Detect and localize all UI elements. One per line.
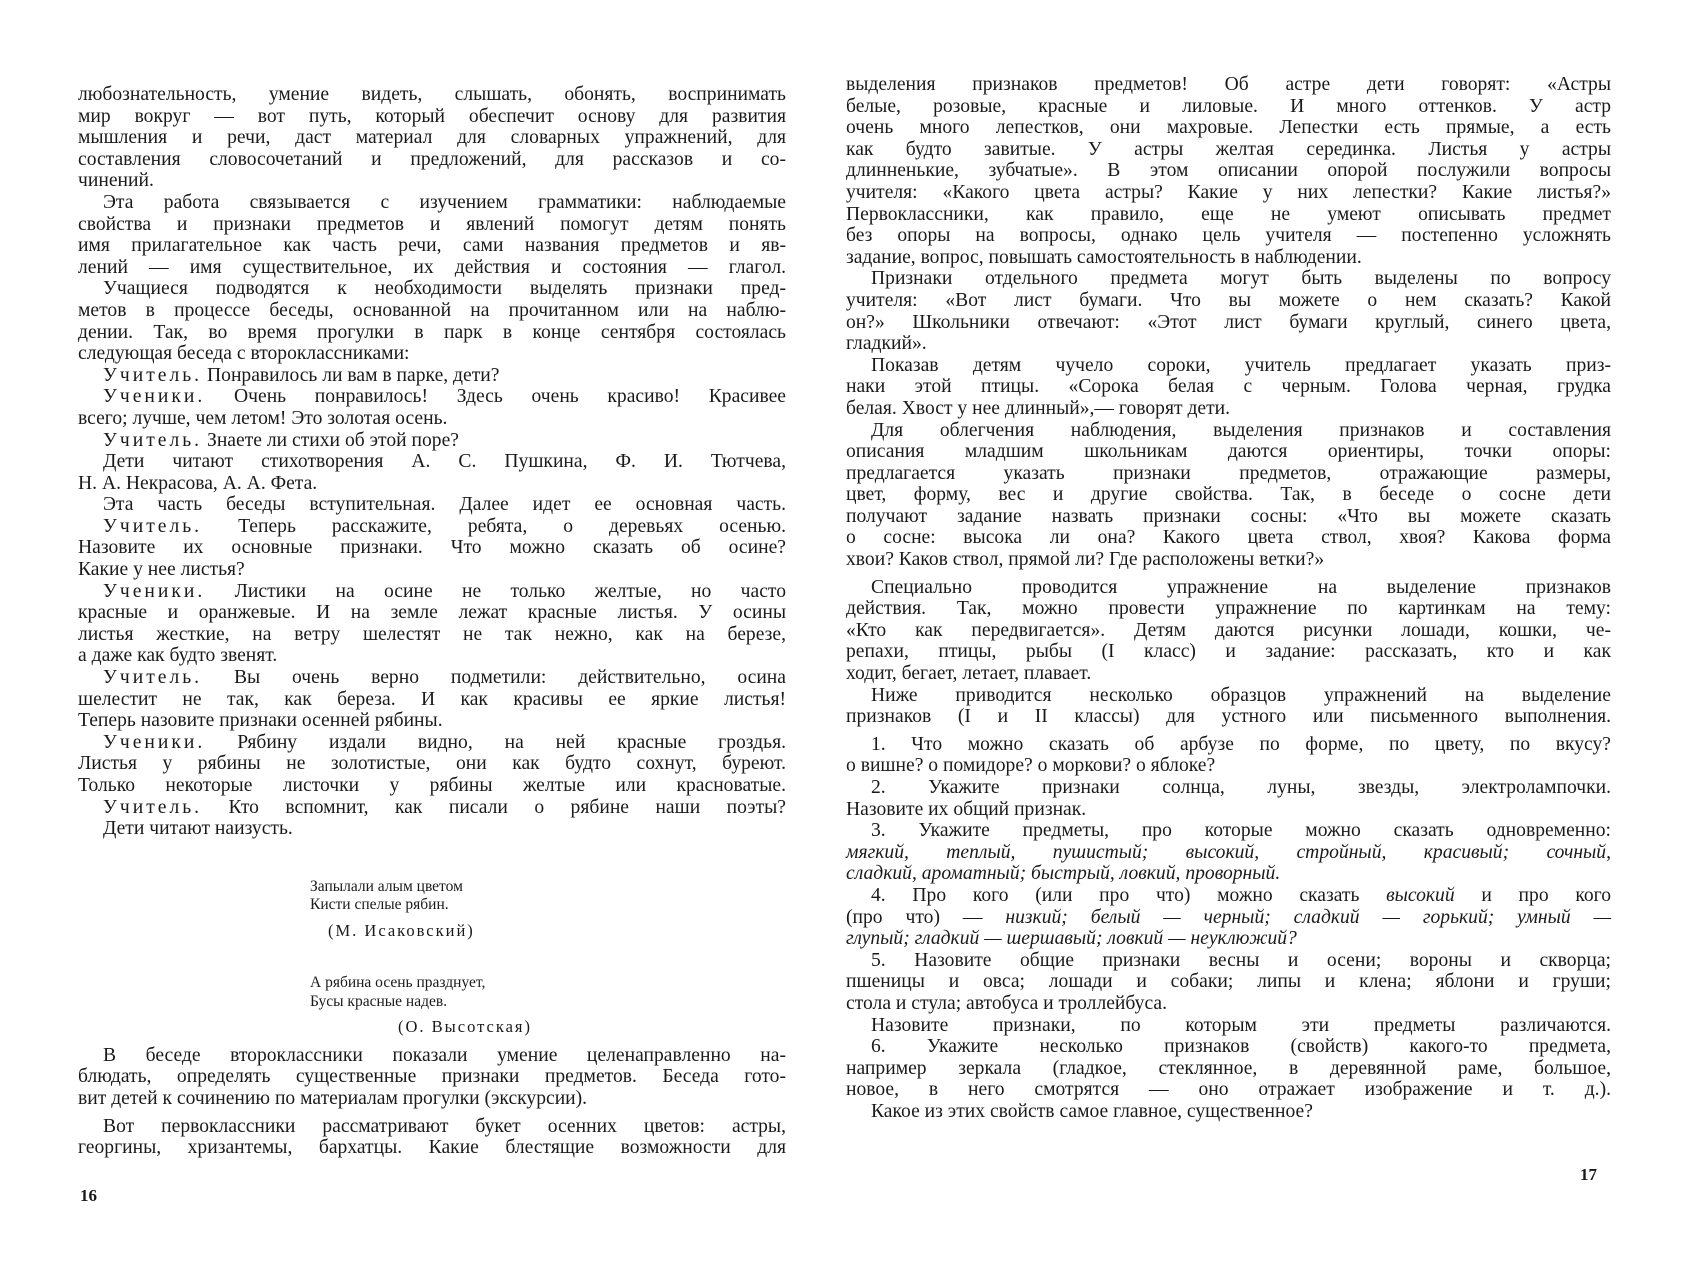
- page-number-right: 17: [1580, 1165, 1597, 1185]
- text-run: (про что) —: [846, 907, 1005, 928]
- text-line: Назовите их общий признак.: [846, 799, 1611, 821]
- text-line: стола и стула; автобуса и троллейбуса.: [846, 993, 1611, 1015]
- poem-line: Кисти спелые рябин.: [310, 896, 786, 915]
- text-line: гладкий».: [846, 333, 1611, 355]
- paragraph-start: В беседе второклассники показали умение …: [78, 1045, 786, 1067]
- text-line: хвои? Каков ствол, прямой ли? Где распол…: [846, 549, 1611, 571]
- text-line: а даже как будто звенят.: [78, 645, 786, 667]
- text-line: очень много лепестков, они махровые. Леп…: [846, 117, 1611, 139]
- poem-author: (М. Исаковский): [328, 922, 786, 941]
- exercise-item-4: 4. Про кого (или про что) можно сказать …: [846, 885, 1611, 907]
- text-line: Назовите их основные признаки. Что можно…: [78, 537, 786, 559]
- paragraph-start: Эта работа связывается с изучением грамм…: [78, 192, 786, 214]
- text-line: мир вокруг — вот путь, который обеспечит…: [78, 106, 786, 128]
- italic-word-list: низкий; белый — черный; сладкий — горьки…: [1005, 907, 1611, 928]
- text-line: метов в процессе беседы, основанной на п…: [78, 300, 786, 322]
- text-line: без опоры на вопросы, однако цель учител…: [846, 225, 1611, 247]
- text-line: Только некоторые листочки у рябины желты…: [78, 775, 786, 797]
- text-line: белые, розовые, красные и лиловые. И мно…: [846, 96, 1611, 118]
- text-line: предлагается указать признаки предметов,…: [846, 463, 1611, 485]
- text-line: учителя: «Какого цвета астры? Какие у ни…: [846, 182, 1611, 204]
- dialogue-text: Очень понравилось! Здесь очень красиво! …: [234, 386, 786, 407]
- text-line: наки этой птицы. «Сорока белая с черным.…: [846, 376, 1611, 398]
- speaker-label: Учитель.: [103, 516, 202, 537]
- speaker-label: Ученики.: [103, 386, 205, 407]
- exercise-item-3: 3. Укажите предметы, про которые можно с…: [846, 820, 1611, 842]
- text-line: описания младшим школьникам даются ориен…: [846, 441, 1611, 463]
- exercise-item-2: 2. Укажите признаки солнца, луны, звезды…: [846, 777, 1611, 799]
- speaker-label: Учитель.: [103, 797, 202, 818]
- paragraph-start: Специально проводится упражнение на выде…: [846, 577, 1611, 599]
- exercise-item-5: 5. Назовите общие признаки весны и осени…: [846, 950, 1611, 972]
- exercise-item-6: 6. Укажите несколько признаков (свойств)…: [846, 1036, 1611, 1058]
- dialogue-text: Рябину издали видно, на ней красные гроз…: [237, 732, 786, 753]
- text-line: Листья у рябины не золотистые, они как б…: [78, 753, 786, 775]
- text-line: признаков (I и II классы) для устного ил…: [846, 706, 1611, 728]
- text-line: дении. Так, во время прогулки в парк в к…: [78, 322, 786, 344]
- text-line: белая. Хвост у нее длинный»,— говорят де…: [846, 398, 1611, 420]
- text-line: Первоклассники, как правило, еще не умею…: [846, 204, 1611, 226]
- paragraph-start: Эта часть беседы вступительная. Далее ид…: [78, 494, 786, 516]
- text-line: например зеркала (гладкое, стеклянное, в…: [846, 1058, 1611, 1080]
- text-line: имя прилагательное как часть речи, сами …: [78, 235, 786, 257]
- paragraph-start: Учащиеся подводятся к необходимости выде…: [78, 278, 786, 300]
- text-line: «Кто как передвигается». Детям даются ри…: [846, 620, 1611, 642]
- text-line: георгины, хризантемы, бархатцы. Какие бл…: [78, 1137, 786, 1159]
- dialogue-line: Учитель. Кто вспомнит, как писали о ряби…: [78, 797, 786, 819]
- dialogue-text: Вы очень верно подметили: действительно,…: [234, 667, 786, 688]
- text-line: любознательность, умение видеть, слышать…: [78, 84, 786, 106]
- text-line: выделения признаков предметов! Об астре …: [846, 74, 1611, 96]
- paragraph-start: Ниже приводится несколько образцов упраж…: [846, 685, 1611, 707]
- italic-word-list: мягкий, теплый, пушистый; высокий, строй…: [846, 842, 1611, 864]
- text-line: о сосне: высока ли она? Какого цвета ств…: [846, 527, 1611, 549]
- poem-line: Запылали алым цветом: [310, 878, 786, 897]
- paragraph-start: Признаки отдельного предмета могут быть …: [846, 268, 1611, 290]
- page-number-left: 16: [80, 1186, 97, 1206]
- text-line: новое, в него смотрятся — оно отражает и…: [846, 1079, 1611, 1101]
- text-line: лений — имя существительное, их действия…: [78, 257, 786, 279]
- text-line: цвет, форму, вес и другие свойства. Так,…: [846, 484, 1611, 506]
- speaker-label: Учитель.: [103, 365, 202, 386]
- text-line: Какие у нее листья?: [78, 559, 786, 581]
- text-line: красные и оранжевые. И на земле лежат кр…: [78, 602, 786, 624]
- dialogue-line: Учитель. Понравилось ли вам в парке, дет…: [78, 365, 786, 387]
- speaker-label: Ученики.: [103, 732, 205, 753]
- italic-word: высокий: [1386, 885, 1455, 906]
- text-line: о вишне? о помидоре? о моркови? о яблоке…: [846, 755, 1611, 777]
- text-run: и про кого: [1455, 885, 1611, 906]
- paragraph-start: Вот первоклассники рассматривают букет о…: [78, 1116, 786, 1138]
- text-line: свойства и признаки предметов и явлений …: [78, 214, 786, 236]
- text-line: как будто завитые. У астры желтая середи…: [846, 139, 1611, 161]
- text-line: шелестит не так, как береза. И как краси…: [78, 689, 786, 711]
- text-line: Теперь назовите признаки осенней рябины.: [78, 710, 786, 732]
- paragraph-start: Назовите признаки, по которым эти предме…: [846, 1015, 1611, 1037]
- speaker-label: Ученики.: [103, 581, 205, 602]
- text-line: следующая беседа с второклассниками:: [78, 343, 786, 365]
- speaker-label: Учитель.: [103, 430, 202, 451]
- text-line: учителя: «Вот лист бумаги. Что вы можете…: [846, 290, 1611, 312]
- text-line: длинненькие, зубчатые». В этом описании …: [846, 160, 1611, 182]
- poem-quote-vysotskaya: А рябина осень празднует, Бусы красные н…: [310, 974, 786, 1037]
- italic-word-list: сладкий, ароматный; быстрый, ловкий, про…: [846, 863, 1611, 885]
- speaker-label: Учитель.: [103, 667, 202, 688]
- text-line: мышления и речи, даст материал для слова…: [78, 127, 786, 149]
- poem-author: (О. Высотская): [398, 1018, 786, 1037]
- dialogue-text: Листики на осине не только желтые, но ча…: [235, 581, 786, 602]
- poem-line: Бусы красные надев.: [310, 993, 786, 1012]
- text-line: ходит, бегает, летает, плавает.: [846, 663, 1611, 685]
- paragraph-start: Дети читают стихотворения А. С. Пушкина,…: [78, 451, 786, 473]
- text-line: пшеницы и овса; лошади и собаки; липы и …: [846, 971, 1611, 993]
- text-line: (про что) — низкий; белый — черный; слад…: [846, 907, 1611, 929]
- text-line: составления словосочетаний и предложений…: [78, 149, 786, 171]
- text-line: чинений.: [78, 170, 786, 192]
- italic-word-list: глупый; гладкий — шершавый; ловкий — неу…: [846, 928, 1611, 950]
- exercise-item-1: 1. Что можно сказать об арбузе по форме,…: [846, 734, 1611, 756]
- dialogue-line: Учитель. Вы очень верно подметили: дейст…: [78, 667, 786, 689]
- paragraph-start: Для облегчения наблюдения, выделения при…: [846, 420, 1611, 442]
- dialogue-text: Знаете ли стихи об этой поре?: [207, 430, 459, 451]
- text-line: блюдать, определять существенные признак…: [78, 1066, 786, 1088]
- paragraph-start: Какое из этих свойств самое главное, сущ…: [846, 1101, 1611, 1123]
- text-line: действия. Так, можно провести упражнение…: [846, 598, 1611, 620]
- poem-line: А рябина осень празднует,: [310, 974, 786, 993]
- dialogue-text: Понравилось ли вам в парке, дети?: [207, 365, 499, 386]
- text-line: листья жесткие, на ветру шелестят не так…: [78, 624, 786, 646]
- right-page: выделения признаков предметов! Об астре …: [846, 74, 1611, 1123]
- dialogue-line: Ученики. Рябину издали видно, на ней кра…: [78, 732, 786, 754]
- text-line: он?» Школьники отвечают: «Этот лист бума…: [846, 312, 1611, 334]
- poem-quote-isakovsky: Запылали алым цветом Кисти спелые рябин.…: [310, 878, 786, 941]
- left-page: любознательность, умение видеть, слышать…: [78, 84, 786, 1159]
- paragraph-start: Показав детям чучело сороки, учитель пре…: [846, 355, 1611, 377]
- text-line: всего; лучше, чем летом! Это золотая осе…: [78, 408, 786, 430]
- paragraph-start: Дети читают наизусть.: [78, 818, 786, 840]
- text-run: 4. Про кого (или про что) можно сказать: [871, 885, 1386, 906]
- text-line: репахи, птицы, рыбы (I класс) и задание:…: [846, 641, 1611, 663]
- dialogue-line: Учитель. Теперь расскажите, ребята, о де…: [78, 516, 786, 538]
- text-line: задание, вопрос, повышать самостоятельно…: [846, 247, 1611, 269]
- text-line: вит детей к сочинению по материалам прог…: [78, 1088, 786, 1110]
- dialogue-text: Теперь расскажите, ребята, о деревьях ос…: [238, 516, 786, 537]
- dialogue-line: Ученики. Листики на осине не только желт…: [78, 581, 786, 603]
- dialogue-line: Ученики. Очень понравилось! Здесь очень …: [78, 386, 786, 408]
- text-line: получают задание назвать признаки сосны:…: [846, 506, 1611, 528]
- dialogue-line: Учитель. Знаете ли стихи об этой поре?: [78, 430, 786, 452]
- dialogue-text: Кто вспомнит, как писали о рябине наши п…: [229, 797, 786, 818]
- text-line: Н. А. Некрасова, А. А. Фета.: [78, 473, 786, 495]
